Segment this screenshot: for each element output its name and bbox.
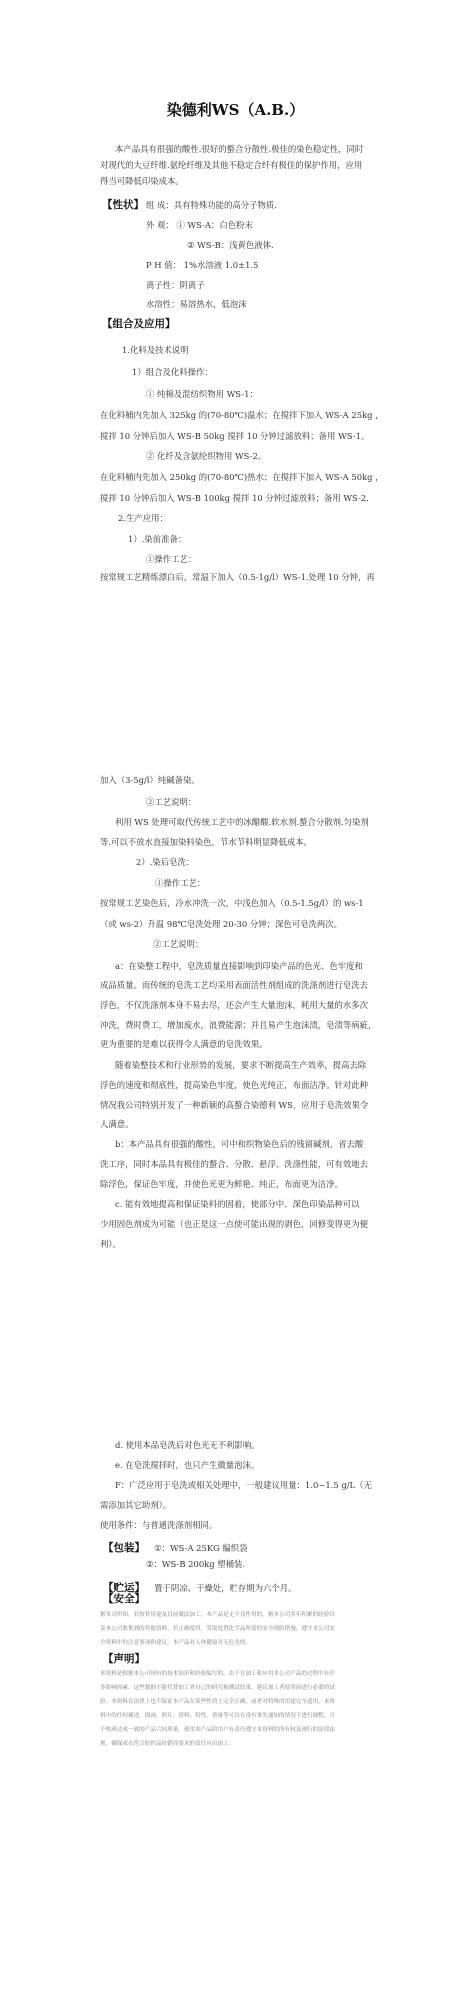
application-line: ②工艺说明： xyxy=(146,796,196,809)
application-line: 等.可以不放水直接加染料染色，节水节料明显降低成本。 xyxy=(100,836,312,849)
packaging-item: ①：WS-A 25KG 编织袋 xyxy=(154,1543,247,1553)
application-line: （或 ws-2）升温 98℃皂洗处理 20-30 分钟；深色可皂洗两次。 xyxy=(100,918,342,931)
application-line: 在化料桶内先加入 325kg 的(70-80℃)温水；在搅拌下加入 WS-A 2… xyxy=(100,409,384,422)
safety-line: 据本司所知，若按其用途及目前做法加工，本产品是无不良作用的。据本公司多年积累的经… xyxy=(100,1610,335,1621)
application-line: ①操作工艺： xyxy=(155,877,205,890)
application-line: F：广泛应用于皂洗或相关处理中，一般建议用量：1.0~1.5 g/L（无 xyxy=(115,1479,372,1492)
application-line: 加入（3-5g/l）纯碱备染。 xyxy=(100,774,200,787)
disclaimer-line: 多影响因素，这些数据不能代替加工者自己的研究和测试结果。建议加工者使用前进行必要… xyxy=(100,1683,335,1694)
application-line: 需添加其它助剂）。 xyxy=(100,1499,171,1512)
application-line: 1）组合及化料操作： xyxy=(132,366,213,379)
application-line: 在化料桶内先加入 250kg 的(70-80℃)热水；在搅拌下加入 WS-A 5… xyxy=(100,471,384,484)
property-appearance: 外 观： ① WS-A：白色粉末 xyxy=(146,219,253,232)
application-line: ①操作工艺： xyxy=(146,553,196,566)
packaging-item: ②：WS-B 200kg 塑桶装. xyxy=(146,1558,245,1571)
disclaimer-line: 规，确保成衣符合纺织品经销商要求的责任应由加工。 xyxy=(100,1739,234,1750)
safety-heading: 【安全】 xyxy=(103,1591,145,1606)
intro-line: 对现代的大豆纤维.氨纶纤维及其他不稳定合纤有极佳的保护作用，应用 xyxy=(100,159,362,172)
disclaimer-line: 料中的任何描述、图画、照片、资料、特性、重量等可以在没有事先通知的情况下进行调整… xyxy=(100,1711,335,1722)
application-line: c. 能有效地提高和保证染料的固着，使部分中、深色印染品种可以 xyxy=(115,1198,360,1211)
application-line: ① 纯棉及混纺织物用 WS-1： xyxy=(146,388,258,401)
application-line: 少用固色剂成为可能（也正是这一点使可能出现的剥色，回修变得更为便 xyxy=(100,1218,368,1231)
application-line: 洗工序，同时本品具有极佳的螯合、分散、悬浮、洗涤性能，可有效地去 xyxy=(100,1158,368,1171)
application-line: 2.生产应用： xyxy=(118,512,168,525)
application-line: 更为重要的是难以获得令人满意的皂洗效果。 xyxy=(100,1038,268,1051)
application-line: 按常规工艺染色后，冷水冲洗一次，中浅色加入（0.5-1.5g/l）的 ws-1 xyxy=(100,897,364,910)
application-line: 2）.染后皂洗： xyxy=(136,856,194,869)
application-line: 随着染整技术和行业形势的发展，要求不断提高生产效率，提高去除 xyxy=(115,1059,366,1072)
application-line: 1.化料及技术说明 xyxy=(122,344,189,357)
application-line: 利）。 xyxy=(100,1238,121,1251)
disclaimer-line: 本资料是根据本公司现有的技术知识和经验编写的。由于在加工和应用本公司产品的过程中… xyxy=(100,1669,335,1680)
safety-line: 及本公司收集到的其他资料，若正确使用，采取处置化学品所需的安全预防措施，遵守本公… xyxy=(100,1624,335,1635)
application-line: e. 在皂洗搅拌时，也只产生微量泡沫。 xyxy=(115,1459,259,1472)
application-line: 冲洗，费时费工，增加废水，浪费能源；并且易产生泡沫渍，皂渍等病疵， xyxy=(100,1019,376,1032)
application-line: 使用条件：与普通洗涤剂相同。 xyxy=(100,1519,217,1532)
application-line: ② 化纤及含氨纶织物用 WS-2。 xyxy=(146,450,266,463)
property-composition: 组 成：具有特殊功能的高分子物质. xyxy=(146,199,277,212)
property-appearance-b: ② WS-B：浅黄色液体. xyxy=(187,239,274,252)
property-ionicity: 离子性：阴离子 xyxy=(146,279,205,292)
application-line: a：在染整工程中，皂洗质量直接影响到印染产品的色光、色牢度和 xyxy=(115,960,363,973)
application-line: 浮色，不仅洗涤剂本身不易去尽，还会产生大量泡沫，耗用大量的水多次 xyxy=(100,999,368,1012)
safety-line: 全资料中的注意事项和建议，本产品对人体健康并无危害的。 xyxy=(100,1638,251,1649)
property-ph: P H 值： 1%水溶液 1.0±1.5 xyxy=(146,259,258,272)
disclaimer-line: 验。本资料在法律上也不保证本产品在某些性质上完全正确，或者对特殊的用途完全适用。… xyxy=(100,1697,335,1708)
application-line: b：本产品具有很强的酸性，可中和织物染色后的残留碱剂，省去酸 xyxy=(115,1138,363,1151)
packaging-row: 【包装】 ①：WS-A 25KG 编织袋 xyxy=(103,1536,248,1555)
packaging-heading: 【包装】 xyxy=(103,1542,145,1554)
application-line: 搅拌 10 分钟后加入 WS-B 100kg 搅拌 10 分钟过滤放料；备用 W… xyxy=(100,492,369,505)
intro-line: 得当可降低印染成本。 xyxy=(100,175,184,188)
application-line: 利用 WS 处理可取代传统工艺中的冰醋酸.软水剂.螯合分散剂.匀染剂 xyxy=(115,816,369,829)
document-title: 染德利WS（A.B.） xyxy=(0,99,471,120)
application-line: 情况我公司特别开发了一种新颖的高螯合染德利 WS，应用于皂洗效果令 xyxy=(100,1099,368,1112)
storage-text: 置于阴凉、干燥处，贮存期为六个月。 xyxy=(154,1583,296,1593)
intro-line: 本产品具有很强的酸性.很好的螯合分散性.极佳的染色稳定性，同时 xyxy=(115,143,363,156)
property-solubility: 水溶性：易溶热水，低泡沫 xyxy=(146,298,247,311)
application-line: 成品质量。而传统的皂洗工艺均采用表面活性剂组成的洗涤剂进行皂洗去 xyxy=(100,979,368,992)
application-line: 1）.染前准备： xyxy=(128,533,186,546)
application-line: ②工艺说明： xyxy=(153,938,203,951)
disclaimer-line: 不构成达成一致的产品合同质量。使用本产品的用户有责任遵守本资料的所有权及现行的法… xyxy=(100,1725,335,1736)
application-line: 人满意。 xyxy=(100,1118,134,1131)
properties-heading: 【性状】 xyxy=(102,197,144,212)
application-heading: 【组合及应用】 xyxy=(102,316,176,331)
application-line: d. 使用本品皂洗后对色光无不利影响。 xyxy=(115,1439,260,1452)
application-line: 浮色的速度和彻底性，提高染色牢度，使色光纯正，布面洁净。针对此种 xyxy=(100,1079,368,1092)
application-line: 搅拌 10 分钟后加入 WS-B 50kg 搅拌 10 分钟过滤放料；备用 WS… xyxy=(100,430,369,443)
application-line: 按常规工艺精炼漂白后，常温下加入（0.5-1g/l）WS-1.处理 10 分钟，… xyxy=(100,571,375,584)
application-line: 除浮色，保证色牢度，并使色光更为鲜艳、纯正，布面更为洁净。 xyxy=(100,1178,343,1191)
disclaimer-heading: 【声明】 xyxy=(103,1651,145,1666)
